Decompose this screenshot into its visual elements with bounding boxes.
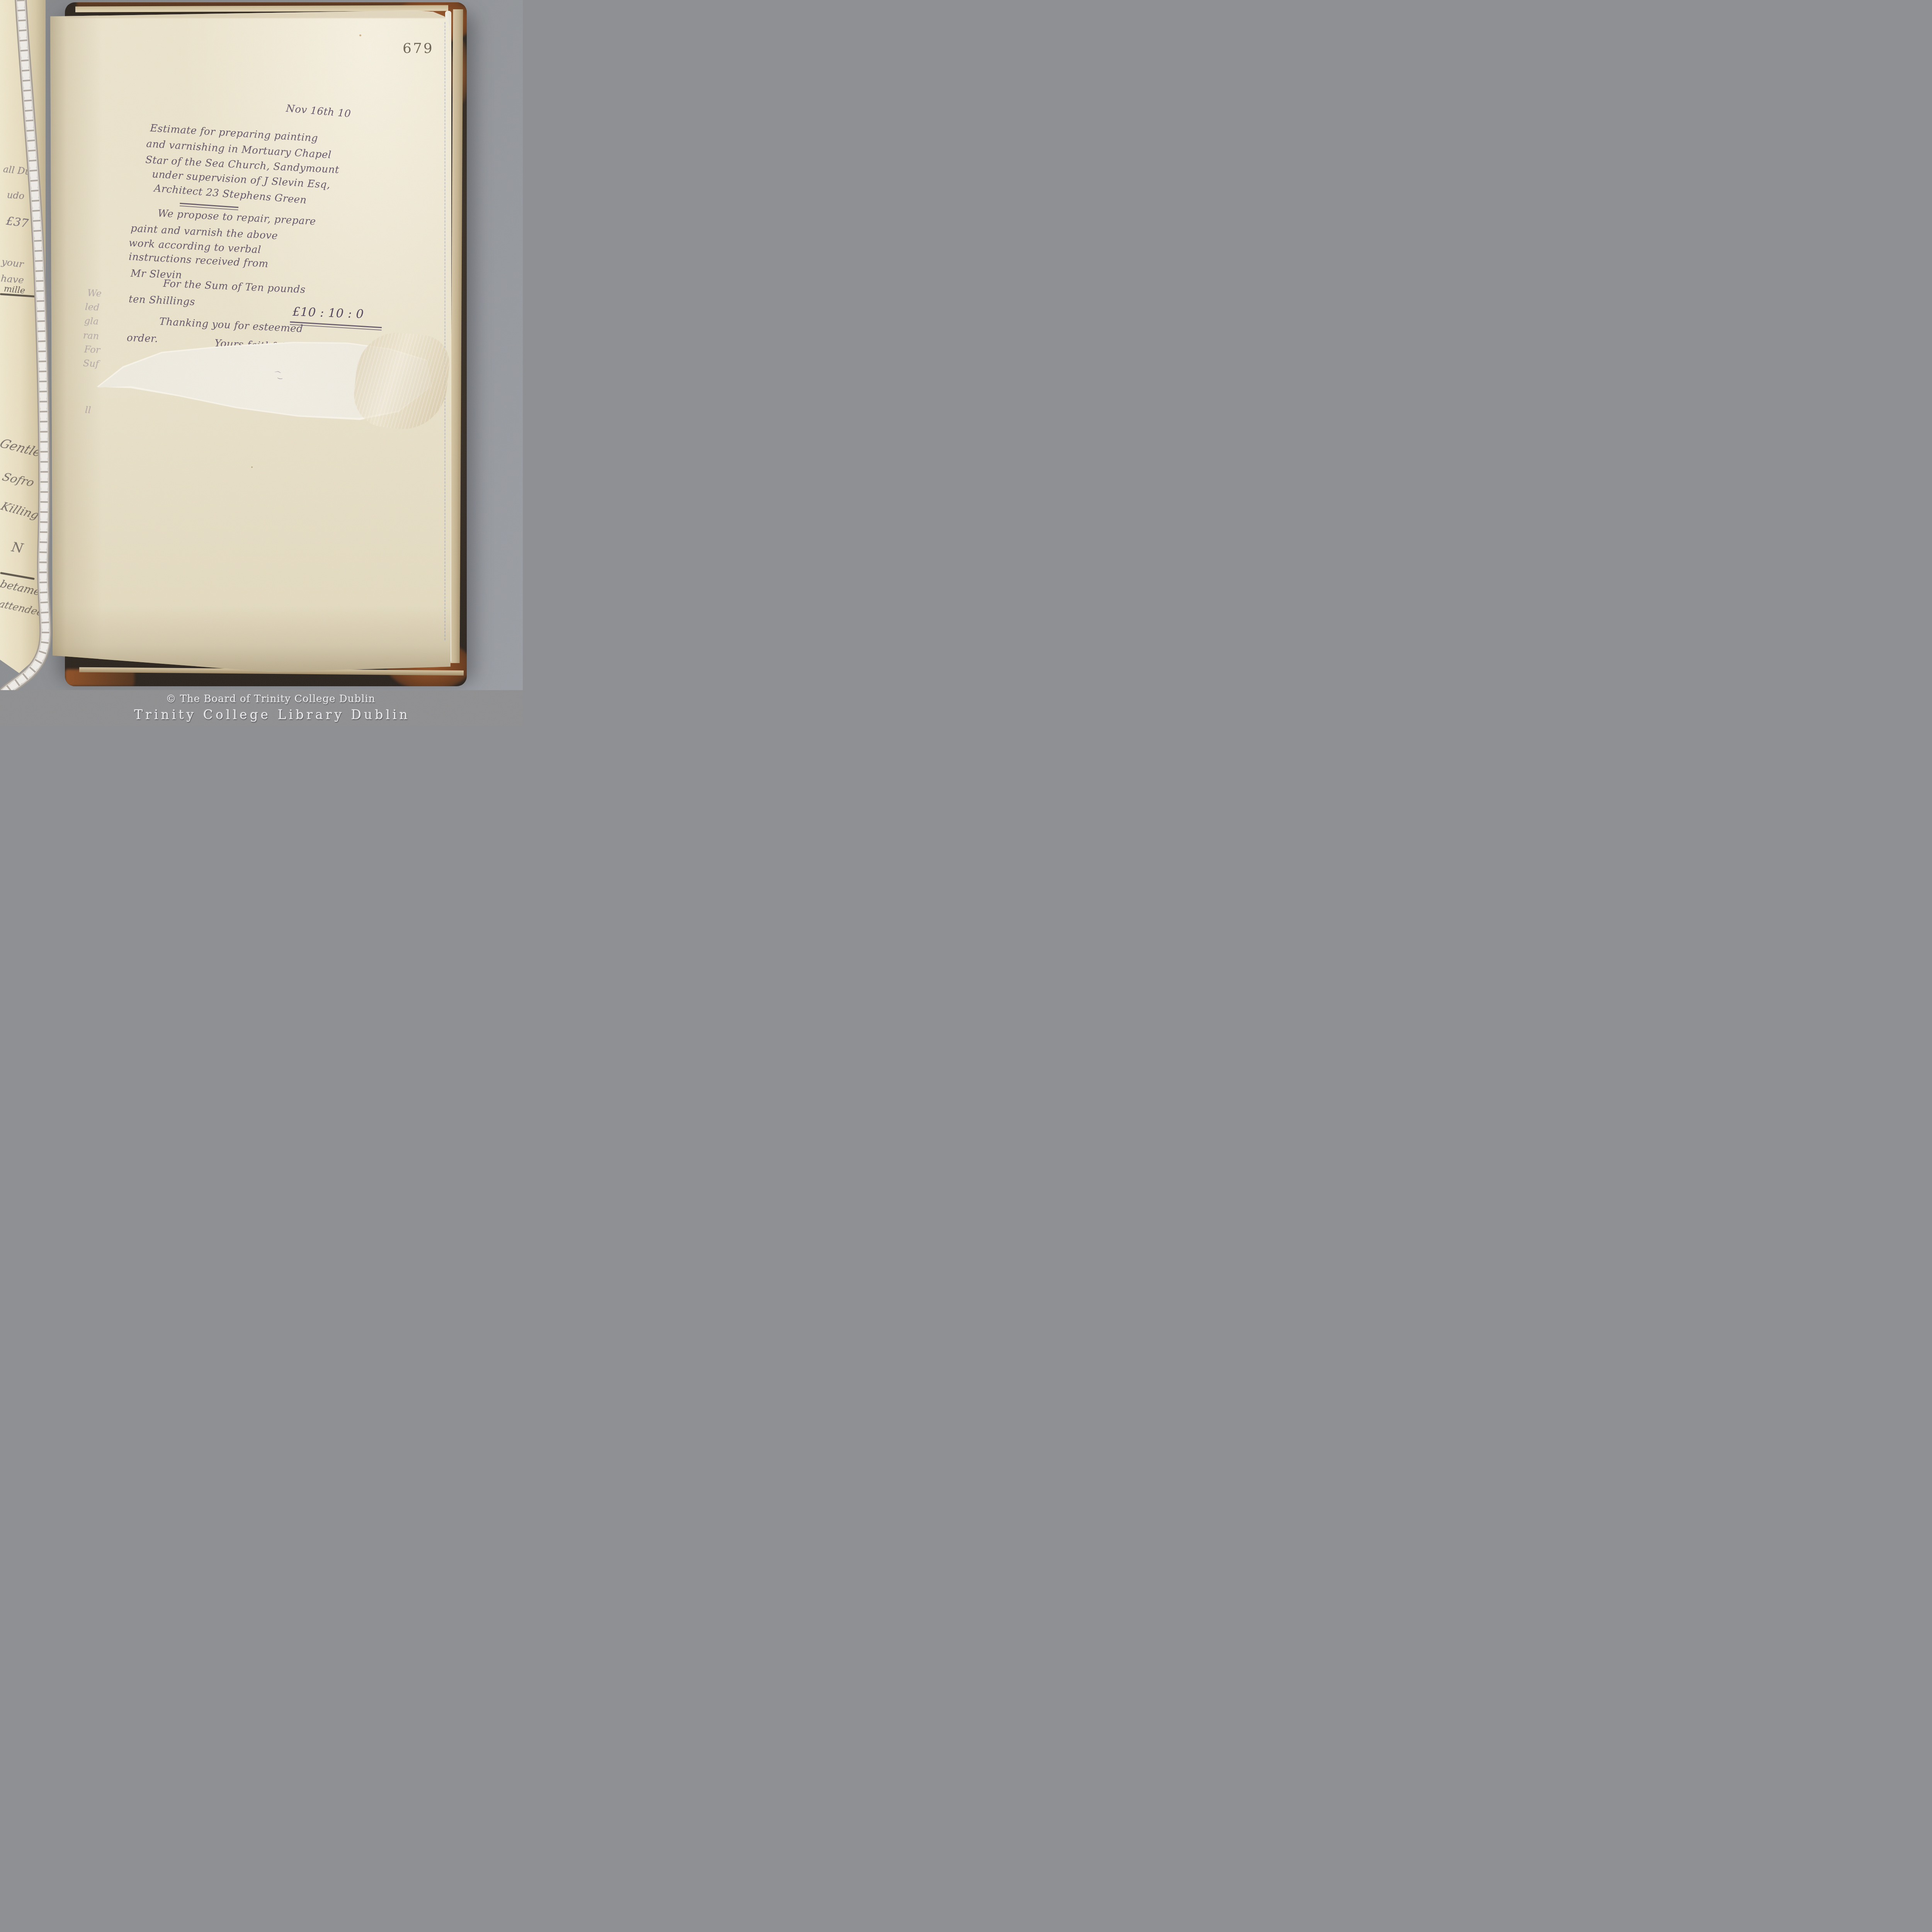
foxing-spot	[359, 34, 361, 36]
margin-bleedthrough-word: ll	[85, 405, 91, 416]
manuscript-scan: all Dub udo £37 your have mille Gentle S…	[0, 0, 523, 726]
margin-bleedthrough-word: ran	[83, 330, 99, 342]
deckle-stab-marks	[444, 22, 446, 640]
margin-bleedthrough-word: gla	[84, 315, 99, 327]
letter-closing-line: Thanking you for esteemed	[159, 316, 303, 335]
margin-bleedthrough-word: led	[85, 301, 100, 313]
amount-double-underline	[290, 321, 382, 331]
letter-sum-line: ten Shillings	[128, 293, 195, 308]
letter-date: Nov 16th 10	[286, 103, 351, 120]
footer-library-line: Trinity College Library Dublin	[11, 707, 523, 722]
foxing-spot	[251, 466, 253, 468]
footer-copyright-line: © The Board of Trinity College Dublin	[9, 693, 523, 705]
margin-bleedthrough-word: Suf	[83, 358, 99, 369]
margin-bleedthrough-word: We	[87, 287, 102, 299]
letter-sum-line: For the Sum of Ten pounds	[163, 278, 306, 296]
letter-closing-line: order.	[127, 332, 158, 345]
letter-body-line: We propose to repair, prepare	[157, 207, 316, 227]
manuscript-page: 679 We led gla ran For Suf ll Nov 16th 1…	[50, 10, 451, 672]
watermark-band: © The Board of Trinity College Dublin Tr…	[0, 690, 523, 726]
page-number: 679	[403, 41, 434, 56]
margin-bleedthrough-word: For	[84, 344, 100, 355]
letter-amount: £10 : 10 : 0	[292, 305, 364, 321]
crumpled-tissue-patch	[351, 328, 452, 434]
